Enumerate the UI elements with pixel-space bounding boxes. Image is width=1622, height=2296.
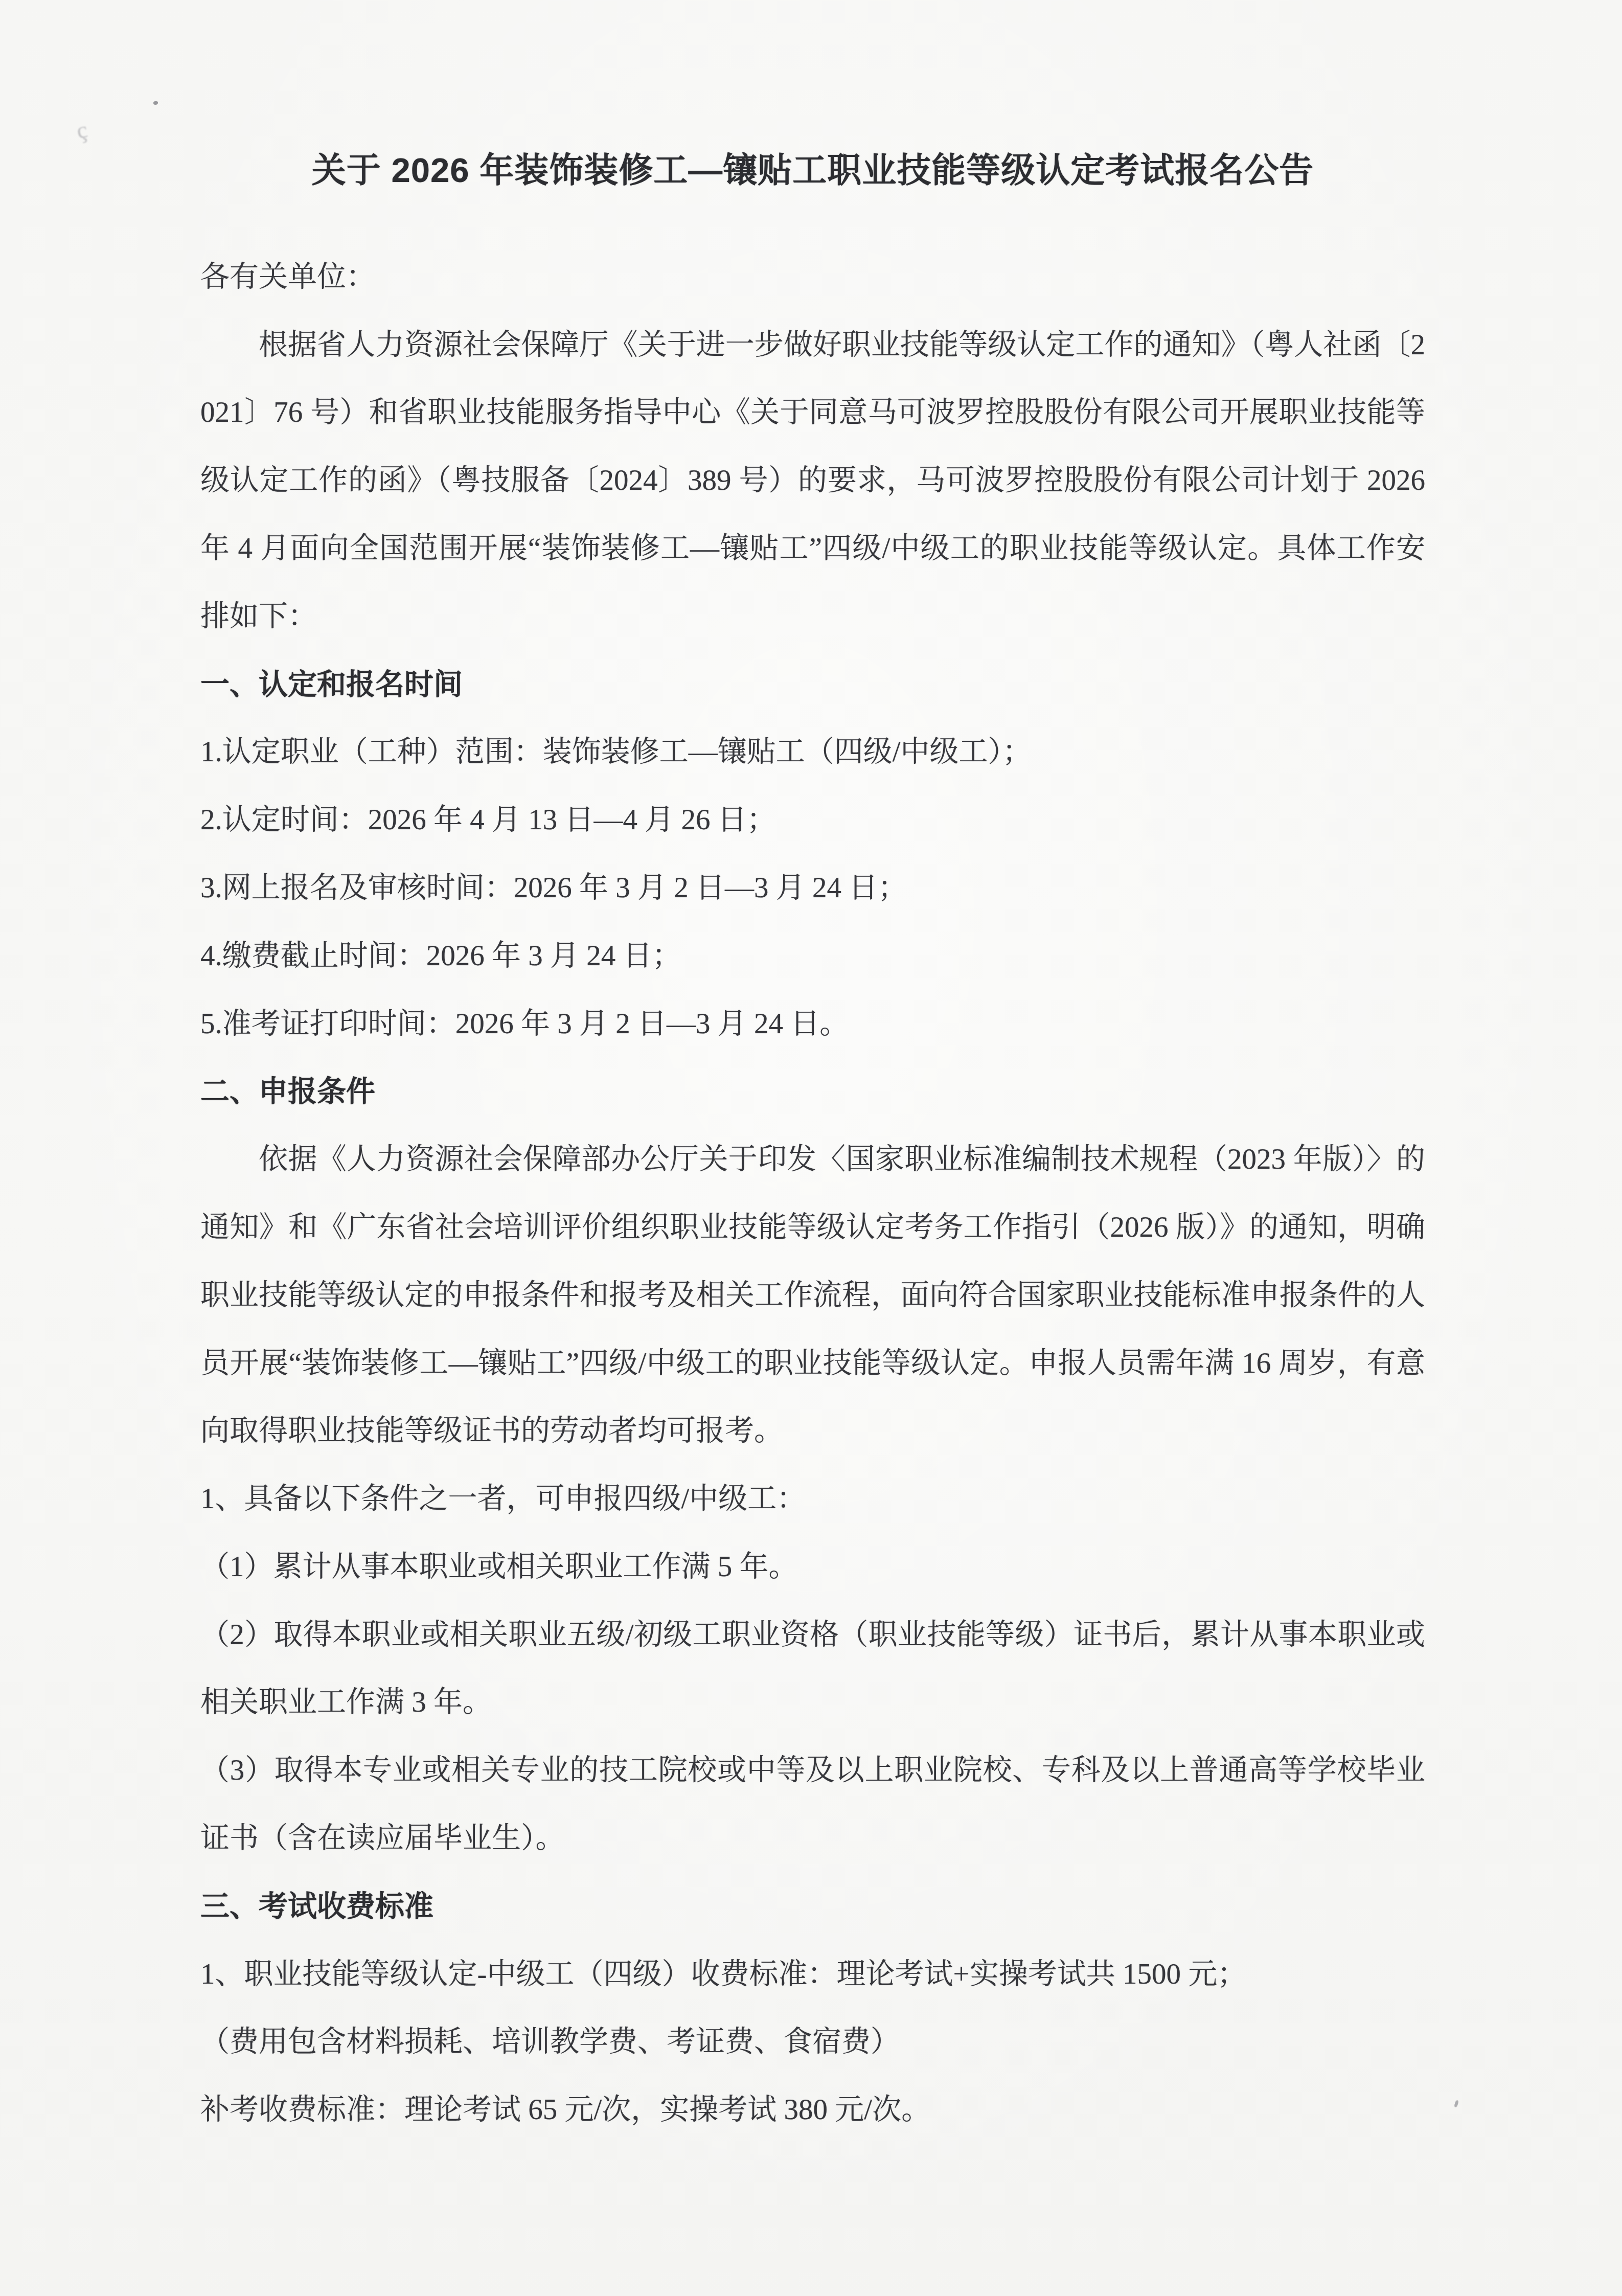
list-item: 1、具备以下条件之一者，可申报四级/中级工： [200, 1465, 1425, 1533]
scanned-document-page: ç 关于 2026 年装饰装修工—镶贴工职业技能等级认定考试报名公告 各有关单位… [0, 0, 1622, 2296]
intro-paragraph: 根据省人力资源社会保障厅《关于进一步做好职业技能等级认定工作的通知》（粤人社函〔… [200, 311, 1425, 651]
list-item: （2）取得本职业或相关职业五级/初级工职业资格（职业技能等级）证书后，累计从事本… [200, 1601, 1425, 1737]
document-title: 关于 2026 年装饰装修工—镶贴工职业技能等级认定考试报名公告 [200, 149, 1425, 192]
list-item: （费用包含材料损耗、培训教学费、考证费、食宿费） [200, 2008, 1425, 2076]
list-item: 补考收费标准：理论考试 65 元/次，实操考试 380 元/次。 [200, 2076, 1425, 2144]
list-item: 5.准考证打印时间：2026 年 3 月 2 日—3 月 24 日。 [200, 990, 1425, 1058]
document-body: 关于 2026 年装饰装修工—镶贴工职业技能等级认定考试报名公告 各有关单位： … [200, 149, 1425, 2144]
section-heading-1: 一、认定和报名时间 [200, 651, 1425, 719]
list-item: 1、职业技能等级认定-中级工（四级）收费标准：理论考试+实操考试共 1500 元… [200, 1941, 1425, 2009]
scan-speck [153, 101, 158, 105]
conditions-paragraph: 依据《人力资源社会保障部办公厅关于印发〈国家职业标准编制技术规程（2023 年版… [200, 1126, 1425, 1465]
list-item: （1）累计从事本职业或相关职业工作满 5 年。 [200, 1533, 1425, 1601]
scan-speck [1454, 2100, 1459, 2107]
section-heading-2: 二、申报条件 [200, 1058, 1425, 1126]
list-item: 3.网上报名及审核时间：2026 年 3 月 2 日—3 月 24 日； [200, 854, 1425, 922]
pencil-mark: ç [74, 116, 90, 144]
section-heading-3: 三、考试收费标准 [200, 1873, 1425, 1941]
list-item: 1.认定职业（工种）范围：装饰装修工—镶贴工（四级/中级工）； [200, 718, 1425, 786]
list-item: （3）取得本专业或相关专业的技工院校或中等及以上职业院校、专科及以上普通高等学校… [200, 1737, 1425, 1873]
list-item: 2.认定时间：2026 年 4 月 13 日—4 月 26 日； [200, 786, 1425, 854]
list-item: 4.缴费截止时间：2026 年 3 月 24 日； [200, 922, 1425, 990]
salutation: 各有关单位： [200, 243, 1425, 311]
